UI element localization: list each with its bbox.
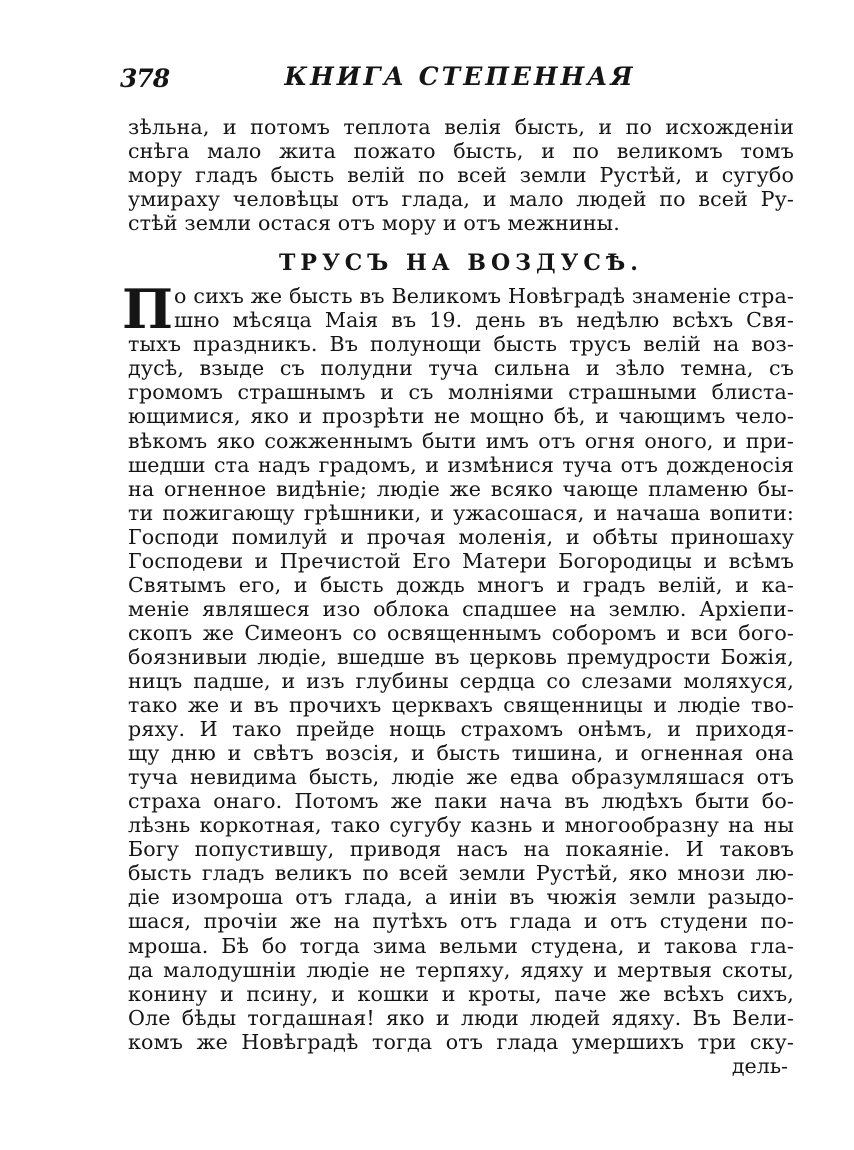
continuation-paragraph: зѣльна, и потомъ теплота велія бысть, и … (128, 115, 794, 235)
page-body: зѣльна, и потомъ теплота велія бысть, и … (128, 115, 794, 1078)
text-line: зѣльна, и потомъ теплота велія бысть, и … (128, 115, 794, 139)
text-line: Богу попустившу, приводя насъ на покаяні… (128, 837, 794, 861)
text-line: снѣга мало жита пожато бысть, и по велик… (128, 139, 794, 163)
text-line: ницъ падше, и изъ глубины сердца со слез… (128, 669, 794, 693)
text-line: туча невидима бысть, людіе же едва образ… (128, 765, 794, 789)
text-line: Оле бѣды тогдашная! яко и люди людей ядя… (128, 1006, 794, 1030)
text-line: стѣй земли остася отъ мору и отъ межнины… (128, 211, 794, 235)
text-line: мроша. Бѣ бо тогда зима вельми студена, … (128, 934, 794, 958)
section-heading: ТРУСЪ НА ВОЗДУСѢ. (128, 250, 794, 276)
text-line: шедши ста надъ градомъ, и измѣнися туча … (128, 453, 794, 477)
text-line: конину и псину, и кошки и кроты, паче же… (128, 982, 794, 1006)
text-line: комъ же Новѣградѣ тогда отъ глада умерши… (128, 1030, 794, 1054)
text-line: бысть гладъ великъ по всей земли Рустѣй,… (128, 861, 794, 885)
section-paragraph: П о сихъ же бысть въ Великомъ Новѣградѣ … (128, 284, 794, 1054)
text-line: шася, прочіи же на путѣхъ отъ глада и от… (128, 909, 794, 933)
text-line: Господеви и Пречистой Его Матери Богород… (128, 549, 794, 573)
drop-cap: П (122, 286, 173, 332)
text-line: громомъ страшнымъ и съ молніями страшным… (128, 380, 794, 404)
text-line: мору гладъ бысть велій по всей земли Рус… (128, 163, 794, 187)
text-line: страха онаго. Потомъ же паки нача въ люд… (128, 789, 794, 813)
text-line: да малодушніи людіе не терпяху, ядяху и … (128, 958, 794, 982)
text-line: боязнивыи людіе, вшедше въ церковь прему… (128, 645, 794, 669)
text-line: вѣкомъ яко сожженнымъ быти имъ отъ огня … (128, 429, 794, 453)
text-line: лѣзнь коркотная, тако сугубу казнь и мно… (128, 813, 794, 837)
text-line: щу дню и свѣтъ возсія, и бысть тишина, и… (128, 741, 794, 765)
text-line: дусѣ, взыде съ полудни туча сильна и зѣл… (128, 356, 794, 380)
text-line: діе изомроша отъ глада, а иніи въ чюжія … (128, 885, 794, 909)
text-line: на огненное видѣніе; людіе же всяко чающ… (128, 477, 794, 501)
text-line: тако же и въ прочихъ церквахъ священницы… (128, 693, 794, 717)
book-page: 378 КНИГА СТЕПЕННАЯ зѣльна, и потомъ теп… (0, 0, 854, 1150)
text-line: о сихъ же бысть въ Великомъ Новѣградѣ зн… (128, 284, 794, 308)
running-title: КНИГА СТЕПЕННАЯ (120, 62, 800, 91)
page-header: 378 КНИГА СТЕПЕННАЯ (120, 62, 800, 96)
text-line: Господи помилуй и прочая моленія, и обѣт… (128, 525, 794, 549)
text-line: меніе являшеся изо облока спадшее на зем… (128, 597, 794, 621)
text-line: умираху человѣцы отъ глада, и мало людей… (128, 187, 794, 211)
text-line: ти пожигающу грѣшники, и ужасошася, и на… (128, 501, 794, 525)
text-line: скопъ же Симеонъ со освященнымъ соборомъ… (128, 621, 794, 645)
text-line: ющимися, яко и прозрѣти не мощно бѣ, и ч… (128, 404, 794, 428)
text-line: ряху. И тако прейде нощь страхомъ онѣмъ,… (128, 717, 794, 741)
catchword: дель- (128, 1054, 794, 1078)
text-line: тыхъ праздникъ. Въ полунощи бысть трусъ … (128, 332, 794, 356)
text-line: Святымъ его, и бысть дождь многъ и градъ… (128, 573, 794, 597)
text-line: шно мѣсяца Маія въ 19. день въ недѣлю вс… (128, 308, 794, 332)
